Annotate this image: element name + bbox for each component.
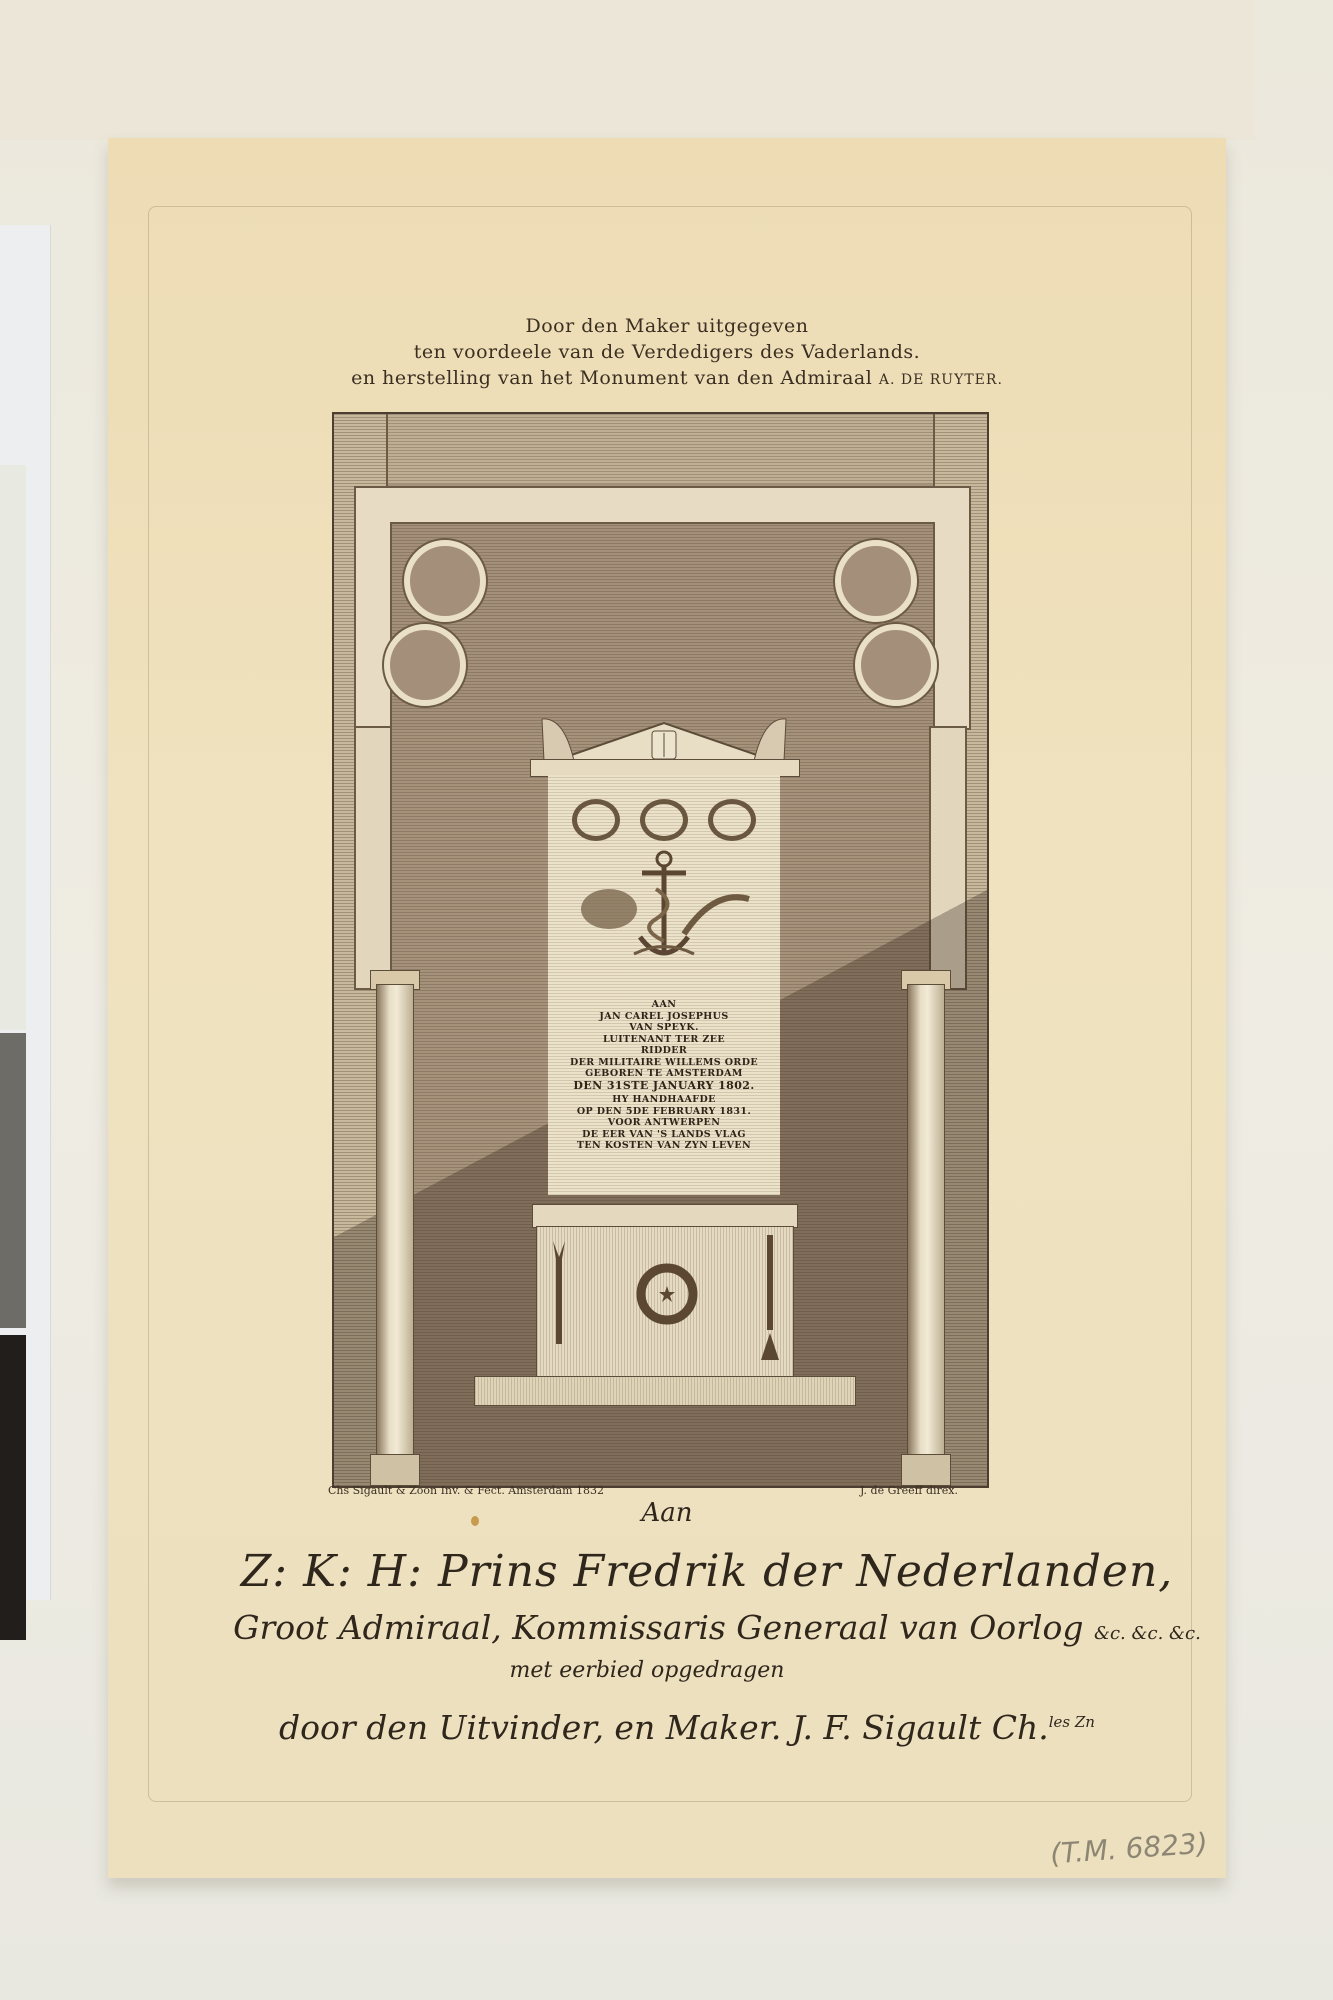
wreath-with-star-icon [635,1262,699,1326]
dedication-line-4: door den Uitvinder, en Maker. J. F. Siga… [128,1708,1246,1747]
white-patch [0,465,26,1030]
torch-icon [549,1239,569,1349]
monument-inscription: AAN JAN CAREL JOSEPHUS VAN SPEYK. LUITEN… [514,999,814,1152]
inscription-line: HY HANDHAAFDE [514,1094,814,1106]
laurel-wreath-icon [640,799,688,841]
plinth-cornice [532,1204,798,1228]
dedication-line-1: Z: K: H: Prins Fredrik der Nederlanden, [148,1546,1266,1597]
cornice [530,759,800,777]
inscription-line: RIDDER [514,1045,814,1057]
print-sheet: Door den Maker uitgegeven ten voordeele … [108,138,1226,1878]
inscription-line: VOOR ANTWERPEN [514,1117,814,1129]
dedication-superscript: les Zn [1049,1713,1095,1731]
dedication-etcetera: &c. &c. &c. [1094,1623,1201,1644]
inscription-line: LUITENANT TER ZEE [514,1034,814,1046]
grey-patch [0,1033,26,1328]
right-column-base [901,1454,951,1486]
laurel-wreath-icon [708,799,756,841]
dedication-aan: Aan [108,1498,1226,1528]
header-de-ruyter: A. DE RUYTER. [879,372,1003,388]
base-step [474,1376,856,1406]
dedication-line-2: Groot Admiraal, Kommissaris Generaal van… [158,1608,1276,1647]
palm-and-laurel-branches-icon [574,879,754,959]
inscription-line: OP DEN 5DE FEBRUARY 1831. [514,1106,814,1118]
engraver-credit: Chs Sigault & Zoon Inv. & Fect. Amsterda… [328,1484,604,1497]
dedication-line-2-text: Groot Admiraal, Kommissaris Generaal van… [233,1608,1094,1647]
inscription-line: DER MILITAIRE WILLEMS ORDE [514,1057,814,1069]
plinth [536,1226,794,1378]
backing-sheet [0,0,1255,140]
inscription-line: GEBOREN TE AMSTERDAM [514,1068,814,1080]
header-line-3-text: en herstelling van het Monument van den … [351,367,879,389]
header-line-1: Door den Maker uitgegeven [108,315,1226,337]
dedication-line-3: met eerbied opgedragen [88,1658,1206,1683]
header-line-2: ten voordeele van de Verdedigers des Vad… [108,341,1226,363]
dedication-line-4-text: door den Uitvinder, en Maker. J. F. Siga… [279,1708,1049,1747]
right-column [907,984,945,1476]
header-line-3: en herstelling van het Monument van den … [118,367,1236,389]
inscription-line: JAN CAREL JOSEPHUS [514,1011,814,1023]
left-column-base [370,1454,420,1486]
engraving-scene: AAN JAN CAREL JOSEPHUS VAN SPEYK. LUITEN… [332,412,989,1488]
inscription-line: DE EER VAN 'S LANDS VLAG [514,1129,814,1141]
laurel-wreath-icon [572,799,620,841]
black-patch [0,1335,26,1640]
inscription-line: TEN KOSTEN VAN ZYN LEVEN [514,1140,814,1152]
inscription-line: DEN 31STE JANUARY 1802. [514,1080,814,1092]
inscription-line: VAN SPEYK. [514,1022,814,1034]
inverted-torch-icon [759,1235,781,1360]
inscription-line: AAN [514,999,814,1011]
director-credit: J. de Greeff direx. [860,1484,958,1497]
color-reference-card [0,225,51,1600]
left-column [376,984,414,1476]
